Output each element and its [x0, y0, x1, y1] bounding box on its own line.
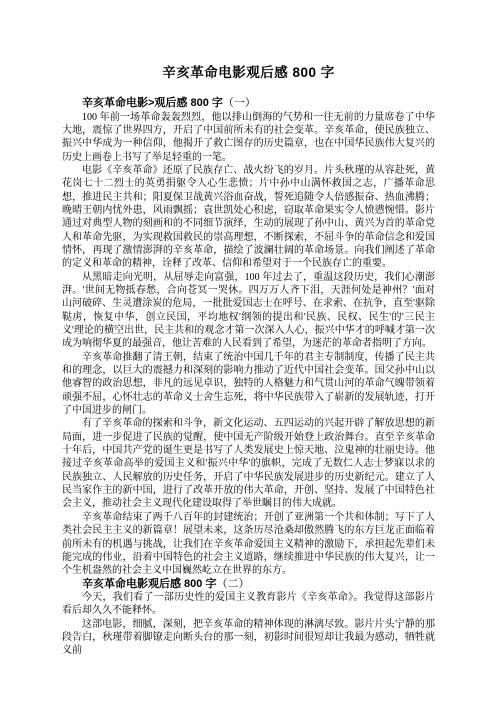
section-1-heading: 辛亥革命电影>观后感 800 字（一）: [62, 97, 435, 111]
document-page: 辛亥革命电影观后感 800 字 辛亥革命电影>观后感 800 字（一） 100 …: [0, 0, 496, 702]
document-content: 辛亥革命电影观后感 800 字 辛亥革命电影>观后感 800 字（一） 100 …: [62, 64, 435, 658]
paragraph: 有了辛亥革命的探索和斗争，新文化运动、五四运动的兴起开辟了解放思想的新局面，进一…: [62, 417, 435, 510]
page-title: 辛亥革命电影观后感 800 字: [62, 64, 435, 82]
section-2-heading-number: （二）: [216, 578, 249, 590]
section-2-heading-text: 辛亥革命电影观后感 800 字: [82, 578, 216, 590]
paragraph: 辛亥革命结束了两千八百年的封建统治；开创了亚洲第一个共和体制；写下了人类社会民主…: [62, 511, 435, 578]
section-2: 辛亥革命电影观后感 800 字（二） 今天，我们看了一部历史性的爱国主义教育影片…: [62, 578, 435, 658]
section-1-heading-number: （一）: [223, 97, 256, 109]
section-2-heading: 辛亥革命电影观后感 800 字（二）: [62, 578, 435, 592]
paragraph: 电影《辛亥革命》还原了民族存亡、战火纷飞的岁月。片头秋瑾的从容赴死，黄花岗七十二…: [62, 164, 435, 271]
section-1-heading-text: 辛亥革命电影>观后感 800 字: [82, 97, 223, 109]
paragraph: 辛亥革命推翻了清王朝，结束了统治中国几千年的君主专制制度，传播了民主共和的理念，…: [62, 351, 435, 418]
paragraph: 这部电影，细腻，深刻，把辛亥革命的精神体现的淋漓尽致。影片片头宁静的那段告白，秋…: [62, 618, 435, 658]
paragraph: 今天，我们看了一部历史性的爱国主义教育影片《辛亥革命》。我觉得这部影片看后却久久…: [62, 591, 435, 618]
paragraph: 从黑暗走向光明，从屈辱走向富强，100 年过去了，重温这段历史，我们心潮澎湃。'…: [62, 271, 435, 351]
paragraph: 100 年前一场革命轰轰烈烈，他以排山倒海的气势和一往无前的力量席卷了中华大地，…: [62, 111, 435, 164]
section-1: 辛亥革命电影>观后感 800 字（一） 100 年前一场革命轰轰烈烈，他以排山倒…: [62, 97, 435, 578]
